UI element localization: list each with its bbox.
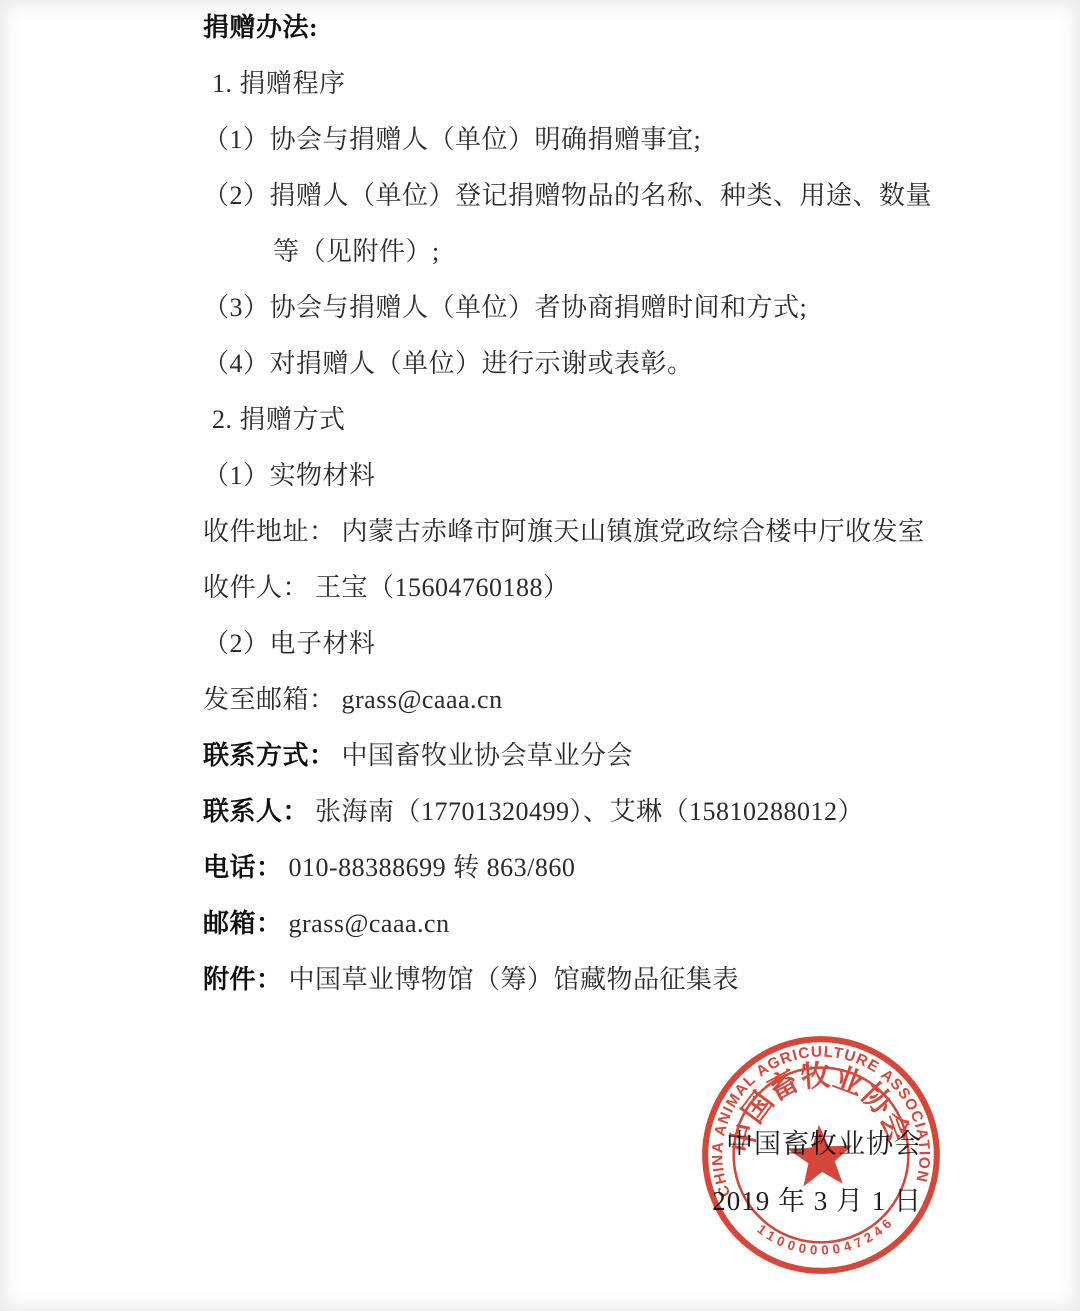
doc-line-8: （1）实物材料 <box>203 448 963 504</box>
official-seal: CHINA ANIMAL AGRICULTURE ASSOCIATION 中国畜… <box>685 1019 956 1290</box>
recipient-label: 收件人： <box>203 573 309 602</box>
phone-value: 010-88388699 转 863/860 <box>289 853 576 882</box>
document-page: 捐赠办法: 1. 捐赠程序 （1）协会与捐赠人（单位）明确捐赠事宜; （2）捐赠… <box>0 0 1080 1311</box>
address-label: 收件地址： <box>203 517 336 546</box>
doc-line-address: 收件地址：内蒙古赤峰市阿旗天山镇旗党政综合楼中厅收发室 <box>203 504 963 560</box>
doc-line-4: 等（见附件）; <box>273 224 963 280</box>
address-value: 内蒙古赤峰市阿旗天山镇旗党政综合楼中厅收发室 <box>342 517 925 546</box>
doc-line-2: （1）协会与捐赠人（单位）明确捐赠事宜; <box>203 112 963 168</box>
doc-line-phone: 电话：010-88388699 转 863/860 <box>203 840 963 896</box>
doc-line-7: 2. 捐赠方式 <box>212 392 963 448</box>
send-email-label: 发至邮箱： <box>203 685 336 714</box>
doc-line-contact-person: 联系人：张海南（17701320499）、艾琳（15810288012） <box>203 784 963 840</box>
doc-line-send-email: 发至邮箱：grass@caaa.cn <box>203 672 963 728</box>
contact-org-value: 中国畜牧业协会草业分会 <box>342 741 634 770</box>
doc-line-email: 邮箱：grass@caaa.cn <box>203 896 963 952</box>
doc-line-5: （3）协会与捐赠人（单位）者协商捐赠时间和方式; <box>203 280 963 336</box>
doc-line-3: （2）捐赠人（单位）登记捐赠物品的名称、种类、用途、数量 <box>203 168 963 224</box>
contact-org-label: 联系方式： <box>203 741 336 770</box>
attachment-value: 中国草业博物馆（筹）馆藏物品征集表 <box>289 965 740 994</box>
email-value: grass@caaa.cn <box>289 909 450 938</box>
doc-line-recipient: 收件人：王宝（15604760188） <box>203 560 963 616</box>
document-body: 捐赠办法: 1. 捐赠程序 （1）协会与捐赠人（单位）明确捐赠事宜; （2）捐赠… <box>203 0 963 1008</box>
doc-line-11: （2）电子材料 <box>203 616 963 672</box>
doc-line-6: （4）对捐赠人（单位）进行示谢或表彰。 <box>203 336 963 392</box>
attachment-label: 附件： <box>203 965 283 994</box>
contact-person-value: 张海南（17701320499）、艾琳（15810288012） <box>315 797 864 826</box>
phone-label: 电话： <box>203 853 283 882</box>
doc-line-1: 1. 捐赠程序 <box>212 56 963 112</box>
doc-heading: 捐赠办法: <box>203 0 963 56</box>
email-label: 邮箱： <box>203 909 283 938</box>
doc-line-attachment: 附件：中国草业博物馆（筹）馆藏物品征集表 <box>203 952 963 1008</box>
contact-person-label: 联系人： <box>203 797 309 826</box>
recipient-value: 王宝（15604760188） <box>315 573 570 602</box>
doc-line-contact-org: 联系方式：中国畜牧业协会草业分会 <box>203 728 963 784</box>
seal-star-icon <box>787 1122 855 1187</box>
send-email-value: grass@caaa.cn <box>342 685 503 714</box>
